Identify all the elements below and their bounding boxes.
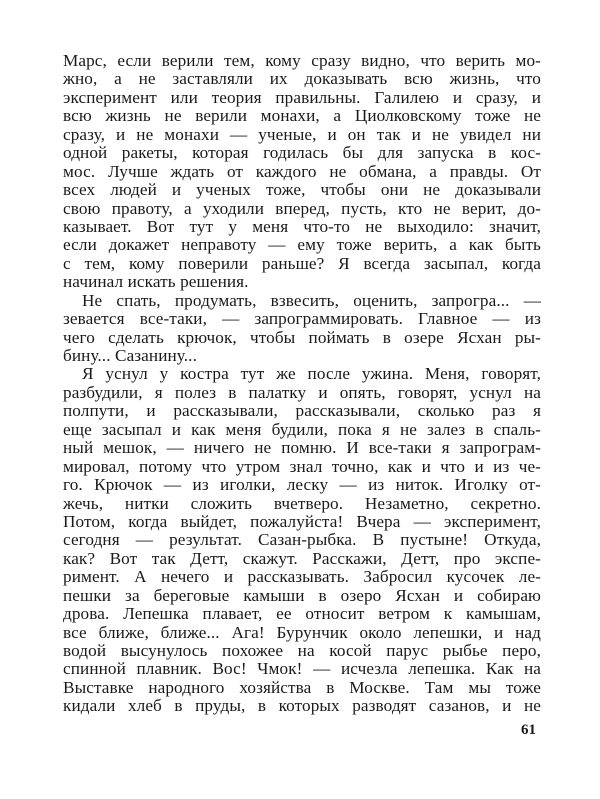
text-line: мировал, потому что утром знал точно, ка… (63, 458, 541, 476)
paragraph-3: Я уснул у костра тут же после ужина. Мен… (63, 365, 541, 715)
text-line: эксперимент или теория правильны. Галиле… (63, 89, 541, 107)
text-line: жечь, нитки сложить вчетверо. Незаметно,… (63, 495, 541, 513)
text-line: спинной плавник. Вос! Чмок! — исчезла ле… (63, 660, 541, 678)
text-line: пешки за береговые камыши в озеро Ясхан … (63, 587, 541, 605)
text-line: водой высунулось похожее на косой парус … (63, 642, 541, 660)
text-line: свою правоту, а уходили вперед, пусть, к… (63, 200, 541, 218)
text-line: сразу, и не монахи — ученые, и он так и … (63, 126, 541, 144)
text-line: жно, а не заставляли их доказывать всю ж… (63, 70, 541, 88)
text-line: полпути, и рассказывали, рассказывали, с… (63, 402, 541, 420)
text-line: с тем, кому поверили раньше? Я всегда за… (63, 255, 541, 273)
text-line: одной ракеты, которая годилась бы для за… (63, 144, 541, 162)
text-line: сегодня — результат. Сазан-рыбка. В пуст… (63, 531, 541, 549)
text-line: го. Крючок — из иголки, леску — из ниток… (63, 476, 541, 494)
text-line: если докажет неправоту — ему тоже верить… (63, 236, 541, 254)
text-line: Марс, если верили тем, кому сразу видно,… (63, 52, 541, 70)
text-line: чего сделать крючок, чтобы поймать в озе… (63, 329, 541, 347)
page-number: 61 (521, 722, 536, 739)
text-line: Не спать, продумать, взвесить, оценить, … (63, 292, 541, 310)
text-line: римент. А нечего и рассказывать. Заброси… (63, 568, 541, 586)
page-body: Марс, если верили тем, кому сразу видно,… (63, 52, 541, 716)
text-line: все ближе, ближе... Ага! Бурунчик около … (63, 624, 541, 642)
text-line: мос. Лучше ждать от каждого не обмана, а… (63, 163, 541, 181)
text-line: дрова. Лепешка плавает, ее относит ветро… (63, 605, 541, 623)
text-line: как? Вот так Детт, скажут. Расскажи, Дет… (63, 550, 541, 568)
paragraph-2: Не спать, продумать, взвесить, оценить, … (63, 292, 541, 366)
text-line: бину... Сазанину... (63, 347, 541, 365)
text-line: всю жизнь не верили монахи, а Циолковско… (63, 107, 541, 125)
text-line: разбудили, я полез в палатку и опять, го… (63, 384, 541, 402)
text-line: кидали хлеб в пруды, в которых разводят … (63, 697, 541, 715)
text-line: Выставке народного хозяйства в Москве. Т… (63, 679, 541, 697)
text-line: казывает. Вот тут у меня что-то не выход… (63, 218, 541, 236)
text-line: ный мешок, — ничего не помню. И все-таки… (63, 439, 541, 457)
text-line: зевается все-таки, — запрограммировать. … (63, 310, 541, 328)
text-line: Потом, когда выйдет, пожалуйста! Вчера —… (63, 513, 541, 531)
text-line: начинал искать решения. (63, 273, 541, 291)
text-line: Я уснул у костра тут же после ужина. Мен… (63, 365, 541, 383)
text-line: еще засыпал и как меня будили, пока я не… (63, 421, 541, 439)
text-line: всех людей и ученых тоже, чтобы они не д… (63, 181, 541, 199)
paragraph-1: Марс, если верили тем, кому сразу видно,… (63, 52, 541, 292)
